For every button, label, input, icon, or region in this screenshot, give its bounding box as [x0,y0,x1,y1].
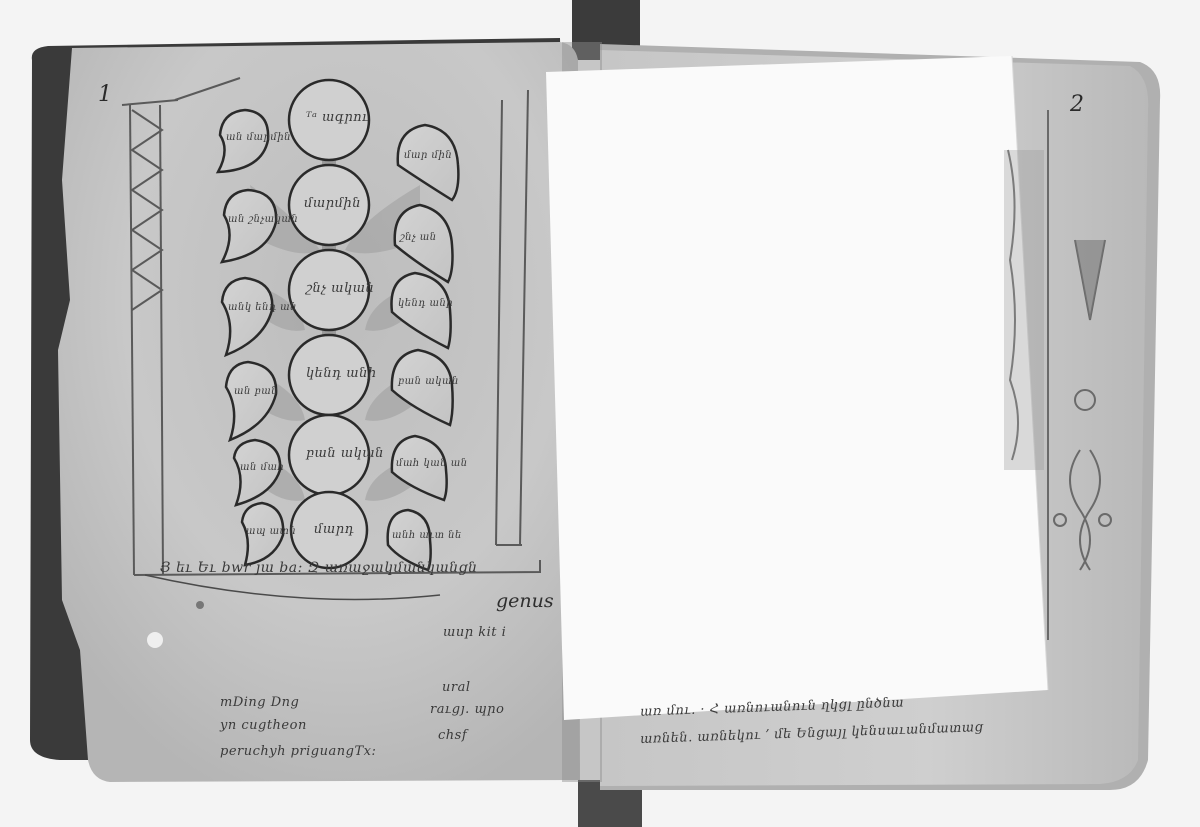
marginal-line-4: chsf [438,728,467,743]
left-leaf-label-6: ապ ատն [246,526,296,537]
manuscript-photo: 1 2 ᵀᵃ ագրու մարմին շնչ ական կենդ անի բա… [0,0,1200,827]
right-leaf-label-2: շնչ ան [400,232,437,243]
node-label-5: բան ական [306,446,384,461]
left-leaf-label-3: անկ ենդ ան [228,302,297,313]
left-leaf-label-5: ան մահ [240,462,284,473]
marginal-line-3: raւgյ. պրօ [430,702,504,717]
bottom-note-2: yn cugtheon [220,718,307,733]
right-leaf-label-4: բան ական [398,376,459,387]
node-label-4: կենդ անի [306,366,377,381]
left-leaf-label-1: ան մարմին [226,132,291,143]
marginal-latin-genus: genus [496,590,554,612]
manuscript-canvas [0,0,1200,827]
node-label-3: շնչ ական [306,281,374,296]
blank-paper-insert [546,56,1048,720]
left-leaf-label-4: ան բան [234,386,278,397]
right-leaf-label-6: անհ աւտ նե [392,530,462,541]
right-leaf-label-5: մահ կան ան [396,458,468,469]
diagram-caption: Յ եւ Եւ bwr յա ba: Զ առաջակմանկանցն [160,560,478,576]
bottom-note-3: peruchyh priguangTx: [220,744,376,759]
right-leaf-label-3: կենդ անի [398,298,453,309]
node-label-1: ᵀᵃ ագրու [306,110,369,125]
node-label-6: մարդ [314,522,354,537]
left-leaf-label-2: ան շնչական [228,214,298,225]
folio-number-right: 2 [1070,92,1084,117]
folio-number-left: 1 [98,82,112,107]
right-leaf-label-1: մար մին [404,150,452,161]
node-label-2: մարմին [304,196,361,211]
marginal-line-2: ural [442,680,471,695]
bottom-note-1: mDing Dng [220,695,299,710]
marginal-line-1: ասր kit i [443,625,506,640]
